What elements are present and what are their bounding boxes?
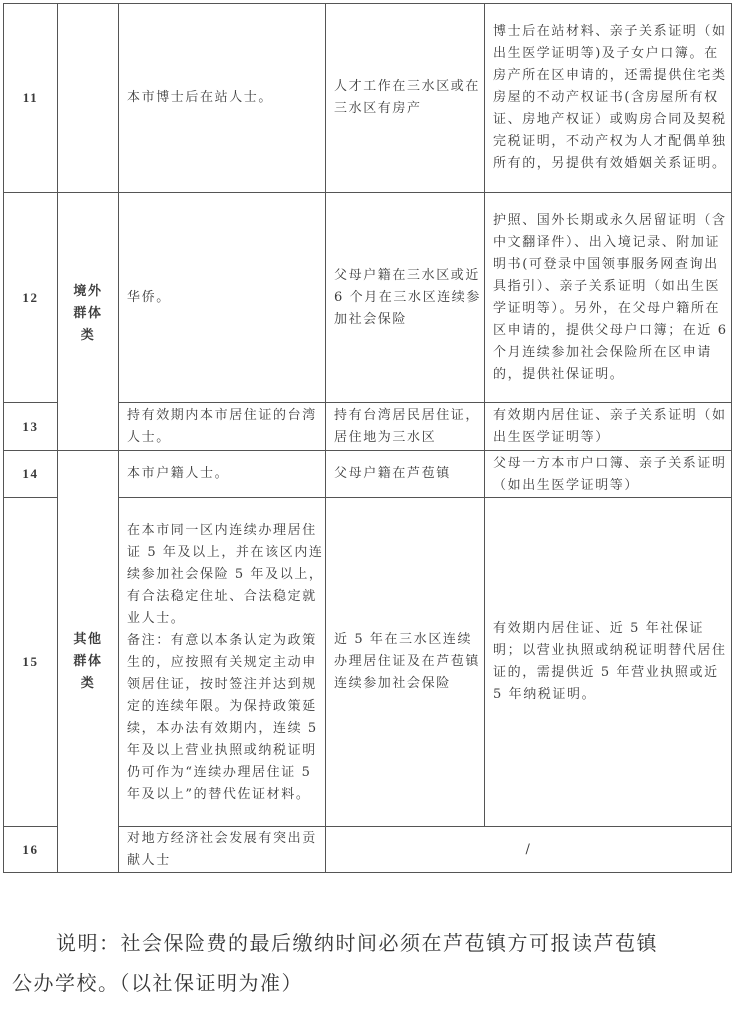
requirement-cell: 在本市同一区内连续办理居住证 5 年及以上，并在该区内连续参加社会保险 5 年及… [119,498,326,827]
requirement-cell: 持有效期内本市居住证的台湾人士。 [119,403,326,451]
requirement-cell: 本市博士后在站人士。 [119,4,326,193]
requirement-note: 备注：有意以本条认定为政策生的，应按照有关规定主动申领居住证，按时签注并达到规定… [127,630,325,806]
table-row: 12 境外群体类 华侨。 父母户籍在三水区或近 6 个月在三水区连续参加社会保险… [4,193,732,403]
row-number: 13 [4,403,58,451]
note-line-2: 公办学校。（以社保证明为准） [12,963,732,1003]
category-label: 其他群体类 [71,629,105,695]
eligibility-table: 11 本市博士后在站人士。 人才工作在三水区或在三水区有房产 博士后在站材料、亲… [3,3,732,873]
merged-cell: / [326,827,732,873]
materials-cell: 有效期内居住证、近 5 年社保证明；以营业执照或纳税证明替代居住证的，需提供近 … [485,498,732,827]
row-number: 16 [4,827,58,873]
materials-cell: 有效期内居住证、亲子关系证明（如出生医学证明等） [485,403,732,451]
row-number: 12 [4,193,58,403]
condition-cell: 持有台湾居民居住证，居住地为三水区 [326,403,485,451]
category-cell-overseas: 境外群体类 [58,193,119,451]
materials-cell: 护照、国外长期或永久居留证明（含中文翻译件）、出入境记录、附加证明书(可登录中国… [485,193,732,403]
explanation-note: 说明：社会保险费的最后缴纳时间必须在芦苞镇方可报读芦苞镇 公办学校。（以社保证明… [12,923,732,1003]
row-number: 15 [4,498,58,827]
row-number: 14 [4,451,58,498]
requirement-cell: 本市户籍人士。 [119,451,326,498]
condition-cell: 父母户籍在芦苞镇 [326,451,485,498]
row-number: 11 [4,4,58,193]
condition-cell: 父母户籍在三水区或近 6 个月在三水区连续参加社会保险 [326,193,485,403]
requirement-cell: 对地方经济社会发展有突出贡献人士 [119,827,326,873]
condition-cell: 近 5 年在三水区连续办理居住证及在芦苞镇连续参加社会保险 [326,498,485,827]
category-cell-other: 其他群体类 [58,451,119,873]
category-cell-empty [58,4,119,193]
table-row: 11 本市博士后在站人士。 人才工作在三水区或在三水区有房产 博士后在站材料、亲… [4,4,732,193]
requirement-text: 在本市同一区内连续办理居住证 5 年及以上，并在该区内连续参加社会保险 5 年及… [127,520,325,630]
category-label: 境外群体类 [71,281,105,347]
table-row: 14 其他群体类 本市户籍人士。 父母户籍在芦苞镇 父母一方本市户口簿、亲子关系… [4,451,732,498]
note-line-1: 说明：社会保险费的最后缴纳时间必须在芦苞镇方可报读芦苞镇 [12,923,732,963]
materials-cell: 博士后在站材料、亲子关系证明（如出生医学证明等)及子女户口簿。在房产所在区申请的… [485,4,732,193]
condition-cell: 人才工作在三水区或在三水区有房产 [326,4,485,193]
materials-cell: 父母一方本市户口簿、亲子关系证明（如出生医学证明等） [485,451,732,498]
requirement-cell: 华侨。 [119,193,326,403]
